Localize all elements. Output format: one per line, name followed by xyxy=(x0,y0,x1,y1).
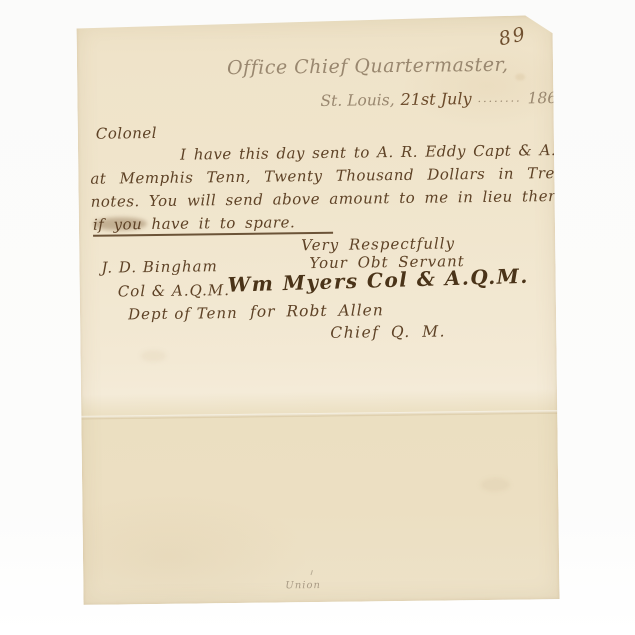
stain xyxy=(480,478,510,492)
stain xyxy=(140,350,166,362)
page-number: 89 xyxy=(497,23,529,51)
stain xyxy=(515,73,525,80)
body-line-3: notes. You will send above amount to me … xyxy=(91,187,581,211)
letterhead-place: St. Louis, xyxy=(320,91,394,110)
letterhead-dateline: St. Louis, 21st July ........ 186 3. xyxy=(320,88,578,110)
endorsement-dept: Dept of Tenn xyxy=(128,304,238,323)
underlined-phrase: if you have it to spare. xyxy=(93,213,334,237)
body-line-1: I have this day sent to A. R. Eddy Capt … xyxy=(180,141,595,164)
letterhead-year-digit: 3. xyxy=(563,88,578,107)
letterhead-date-handwritten: 21st July xyxy=(400,89,471,109)
endorsement-name: J. D. Bingham xyxy=(101,257,218,276)
document-paper: 89 Office Chief Quartermaster, St. Louis… xyxy=(76,15,559,605)
fold-crease xyxy=(81,410,557,420)
endorsement-rank: Col & A.Q.M. xyxy=(118,281,230,300)
pencil-note: Union xyxy=(285,580,321,591)
pencil-tick-mark xyxy=(310,570,312,575)
body-line-4: if you have it to spare. xyxy=(93,213,333,234)
signature-for-robt-allen: for Robt Allen xyxy=(250,301,384,321)
dotted-rule: ........ xyxy=(477,91,521,105)
letterhead-line1: Office Chief Quartermaster, xyxy=(227,54,493,79)
salutation: Colonel xyxy=(96,124,157,143)
signature-wm-myers: Wm Myers Col & A.Q.M. xyxy=(227,264,529,297)
body-line-2: at Memphis Tenn, Twenty Thousand Dollars… xyxy=(90,164,572,188)
photo-background: 89 Office Chief Quartermaster, St. Louis… xyxy=(0,0,635,635)
letterhead-year-printed: 186 xyxy=(527,89,557,107)
signature-chief-qm: Chief Q. M. xyxy=(330,322,446,341)
closing-respectfully: Very Respectfully xyxy=(301,234,455,254)
